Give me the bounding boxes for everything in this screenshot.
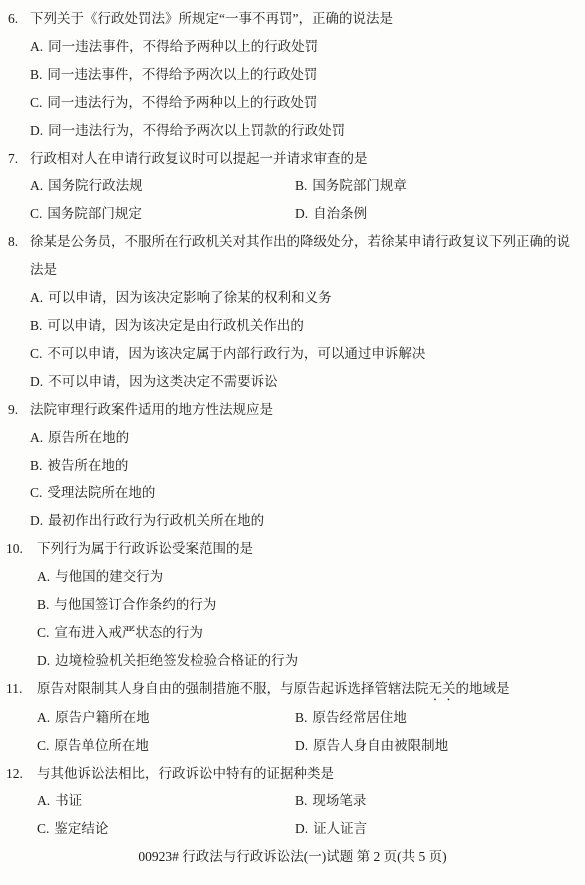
- option-label: C.: [30, 485, 42, 500]
- option-text: 边境检验机关拒绝签发检验合格证的行为: [55, 653, 298, 668]
- question-stem-row: 10. 下列行为属于行政诉讼受案范围的是: [37, 535, 579, 563]
- option-label: A.: [37, 569, 50, 584]
- option-c: C.同一违法行为，不得给予两种以上的行政处罚: [30, 89, 579, 117]
- option-d: D.证人证言: [295, 815, 579, 843]
- option-c: C.受理法院所在地的: [30, 479, 579, 507]
- option-text: 国务院部门规章: [312, 178, 407, 193]
- option-label: D.: [30, 123, 43, 138]
- options-row: C.国务院部门规定 D.自治条例: [30, 200, 579, 228]
- option-label: A.: [30, 39, 43, 54]
- option-text: 书证: [55, 793, 82, 808]
- option-a: A.书证: [37, 787, 295, 815]
- question-stem-row: 8. 徐某是公务员，不服所在行政机关对其作出的降级处分，若徐某申请行政复议下列正…: [30, 228, 579, 256]
- option-c: C.宣布进入戒严状态的行为: [37, 619, 579, 647]
- question-stem-row: 11. 原告对限制其人身自由的强制措施不服，与原告起诉选择管辖法院无关的地域是: [37, 675, 579, 704]
- option-b: B.可以申请，因为该决定是由行政机关作出的: [30, 312, 579, 340]
- option-text: 证人证言: [313, 821, 367, 836]
- option-d: D.自治条例: [295, 200, 579, 228]
- option-text: 国务院行政法规: [48, 178, 143, 193]
- option-c: C.国务院部门规定: [30, 200, 295, 228]
- option-label: C.: [37, 625, 49, 640]
- option-label: D.: [30, 513, 43, 528]
- option-text: 被告所在地的: [47, 458, 128, 473]
- question-number: 12.: [6, 760, 23, 788]
- option-text: 与他国签订合作条约的行为: [54, 597, 216, 612]
- question-stem: 与其他诉讼法相比，行政诉讼中特有的证据种类是: [37, 766, 334, 781]
- option-text: 可以申请，因为该决定是由行政机关作出的: [47, 318, 304, 333]
- option-b: B.原告经常居住地: [295, 704, 579, 732]
- option-label: D.: [295, 738, 308, 753]
- question-stem: 行政相对人在申请行政复议时可以提起一并请求审查的是: [30, 151, 368, 166]
- option-label: C.: [30, 206, 42, 221]
- option-label: D.: [295, 821, 308, 836]
- option-label: B.: [30, 318, 42, 333]
- option-text: 同一违法事件，不得给予两次以上的行政处罚: [47, 67, 317, 82]
- question-stem-continuation: 法是: [30, 256, 579, 284]
- question-number: 11.: [6, 675, 22, 703]
- option-text: 原告户籍所在地: [55, 710, 150, 725]
- options-row: A.书证 B.现场笔录: [37, 787, 579, 815]
- option-label: B.: [30, 458, 42, 473]
- option-label: D.: [37, 653, 50, 668]
- option-text: 同一违法行为，不得给予两次以上罚款的行政处罚: [48, 123, 345, 138]
- option-a: A.可以申请，因为该决定影响了徐某的权利和义务: [30, 284, 579, 312]
- question-11: 11. 原告对限制其人身自由的强制措施不服，与原告起诉选择管辖法院无关的地域是 …: [0, 675, 585, 760]
- question-number: 7.: [8, 145, 18, 173]
- option-text: 原告单位所在地: [54, 738, 149, 753]
- option-c: C.不可以申请，因为该决定属于内部行政行为，可以通过申诉解决: [30, 340, 579, 368]
- question-stem-row: 6. 下列关于《行政处罚法》所规定“一事不再罚”，正确的说法是: [30, 5, 579, 33]
- option-text: 不可以申请，因为该决定属于内部行政行为，可以通过申诉解决: [47, 346, 425, 361]
- option-label: C.: [37, 738, 49, 753]
- option-text: 可以申请，因为该决定影响了徐某的权利和义务: [48, 290, 332, 305]
- options-list: A.原告所在地的 B.被告所在地的 C.受理法院所在地的 D.最初作出行政行为行…: [30, 424, 579, 536]
- options-list: A.与他国的建交行为 B.与他国签订合作条约的行为 C.宣布进入戒严状态的行为 …: [37, 563, 579, 675]
- option-label: A.: [37, 793, 50, 808]
- option-b: B.被告所在地的: [30, 452, 579, 480]
- option-label: D.: [295, 206, 308, 221]
- question-number: 10.: [6, 535, 23, 563]
- question-stem: 下列行为属于行政诉讼受案范围的是: [37, 541, 253, 556]
- option-label: C.: [30, 346, 42, 361]
- option-d: D.不可以申请，因为这类决定不需要诉讼: [30, 368, 579, 396]
- option-text: 原告人身自由被限制地: [313, 738, 448, 753]
- option-text: 现场笔录: [312, 793, 366, 808]
- option-text: 原告所在地的: [48, 430, 129, 445]
- option-label: B.: [295, 178, 307, 193]
- options-row: C.原告单位所在地 D.原告人身自由被限制地: [37, 732, 579, 760]
- question-stem-row: 9. 法院审理行政案件适用的地方性法规应是: [30, 396, 579, 424]
- stem-text: 的地域是: [456, 681, 510, 696]
- options-list: A.同一违法事件，不得给予两种以上的行政处罚 B.同一违法事件，不得给予两次以上…: [30, 33, 579, 145]
- option-b: B.国务院部门规章: [295, 172, 579, 200]
- options-list: A.书证 B.现场笔录 C.鉴定结论 D.证人证言: [37, 787, 579, 843]
- option-text: 鉴定结论: [54, 821, 108, 836]
- option-label: A.: [30, 290, 43, 305]
- option-text: 同一违法事件，不得给予两种以上的行政处罚: [48, 39, 318, 54]
- option-a: A.国务院行政法规: [30, 172, 295, 200]
- question-7: 7. 行政相对人在申请行政复议时可以提起一并请求审查的是 A.国务院行政法规 B…: [0, 145, 585, 229]
- option-text: 原告经常居住地: [312, 710, 407, 725]
- option-text: 自治条例: [313, 206, 367, 221]
- option-d: D.原告人身自由被限制地: [295, 732, 579, 760]
- question-6: 6. 下列关于《行政处罚法》所规定“一事不再罚”，正确的说法是 A.同一违法事件…: [0, 5, 585, 145]
- question-stem-row: 7. 行政相对人在申请行政复议时可以提起一并请求审查的是: [30, 145, 579, 173]
- option-text: 受理法院所在地的: [47, 485, 155, 500]
- option-a: A.原告所在地的: [30, 424, 579, 452]
- option-label: B.: [295, 710, 307, 725]
- option-text: 与他国的建交行为: [55, 569, 163, 584]
- option-text: 不可以申请，因为这类决定不需要诉讼: [48, 374, 278, 389]
- option-label: D.: [30, 374, 43, 389]
- option-d: D.同一违法行为，不得给予两次以上罚款的行政处罚: [30, 117, 579, 145]
- stem-text: 原告对限制其人身自由的强制措施不服，与原告起诉选择管辖法院: [37, 681, 429, 696]
- question-12: 12. 与其他诉讼法相比，行政诉讼中特有的证据种类是 A.书证 B.现场笔录 C…: [0, 760, 585, 844]
- question-9: 9. 法院审理行政案件适用的地方性法规应是 A.原告所在地的 B.被告所在地的 …: [0, 396, 585, 536]
- question-10: 10. 下列行为属于行政诉讼受案范围的是 A.与他国的建交行为 B.与他国签订合…: [0, 535, 585, 675]
- question-stem: 下列关于《行政处罚法》所规定“一事不再罚”，正确的说法是: [30, 11, 393, 26]
- question-stem: 原告对限制其人身自由的强制措施不服，与原告起诉选择管辖法院无关的地域是: [37, 681, 510, 696]
- option-d: D.边境检验机关拒绝签发检验合格证的行为: [37, 647, 579, 675]
- option-d: D.最初作出行政行为行政机关所在地的: [30, 507, 579, 535]
- option-c: C.鉴定结论: [37, 815, 295, 843]
- option-b: B.同一违法事件，不得给予两次以上的行政处罚: [30, 61, 579, 89]
- option-label: A.: [30, 430, 43, 445]
- option-label: B.: [295, 793, 307, 808]
- question-stem: 徐某是公务员，不服所在行政机关对其作出的降级处分，若徐某申请行政复议下列正确的说: [30, 234, 570, 249]
- options-row: A.原告户籍所在地 B.原告经常居住地: [37, 704, 579, 732]
- option-label: B.: [30, 67, 42, 82]
- options-list: A.原告户籍所在地 B.原告经常居住地 C.原告单位所在地 D.原告人身自由被限…: [37, 704, 579, 760]
- option-c: C.原告单位所在地: [37, 732, 295, 760]
- option-text: 同一违法行为，不得给予两种以上的行政处罚: [47, 95, 317, 110]
- question-number: 8.: [8, 228, 18, 256]
- question-stem: 法是: [30, 262, 57, 277]
- option-text: 最初作出行政行为行政机关所在地的: [48, 513, 264, 528]
- options-list: A.国务院行政法规 B.国务院部门规章 C.国务院部门规定 D.自治条例: [30, 172, 579, 228]
- option-label: C.: [37, 821, 49, 836]
- option-label: C.: [30, 95, 42, 110]
- option-text: 国务院部门规定: [47, 206, 142, 221]
- question-8: 8. 徐某是公务员，不服所在行政机关对其作出的降级处分，若徐某申请行政复议下列正…: [0, 228, 585, 395]
- options-row: C.鉴定结论 D.证人证言: [37, 815, 579, 843]
- option-label: A.: [37, 710, 50, 725]
- option-label: A.: [30, 178, 43, 193]
- emphasis-mark: 无关: [429, 681, 456, 696]
- options-list: A.可以申请，因为该决定影响了徐某的权利和义务 B.可以申请，因为该决定是由行政…: [30, 284, 579, 396]
- option-b: B.现场笔录: [295, 787, 579, 815]
- option-label: B.: [37, 597, 49, 612]
- option-a: A.同一违法事件，不得给予两种以上的行政处罚: [30, 33, 579, 61]
- page-footer: 00923# 行政法与行政诉讼法(一)试题 第 2 页(共 5 页): [0, 843, 585, 871]
- question-number: 6.: [8, 5, 18, 33]
- exam-page: 6. 下列关于《行政处罚法》所规定“一事不再罚”，正确的说法是 A.同一违法事件…: [0, 5, 585, 871]
- option-text: 宣布进入戒严状态的行为: [54, 625, 203, 640]
- option-a: A.与他国的建交行为: [37, 563, 579, 591]
- question-stem: 法院审理行政案件适用的地方性法规应是: [30, 402, 273, 417]
- option-a: A.原告户籍所在地: [37, 704, 295, 732]
- option-b: B.与他国签订合作条约的行为: [37, 591, 579, 619]
- options-row: A.国务院行政法规 B.国务院部门规章: [30, 172, 579, 200]
- question-stem-row: 12. 与其他诉讼法相比，行政诉讼中特有的证据种类是: [37, 760, 579, 788]
- question-number: 9.: [8, 396, 18, 424]
